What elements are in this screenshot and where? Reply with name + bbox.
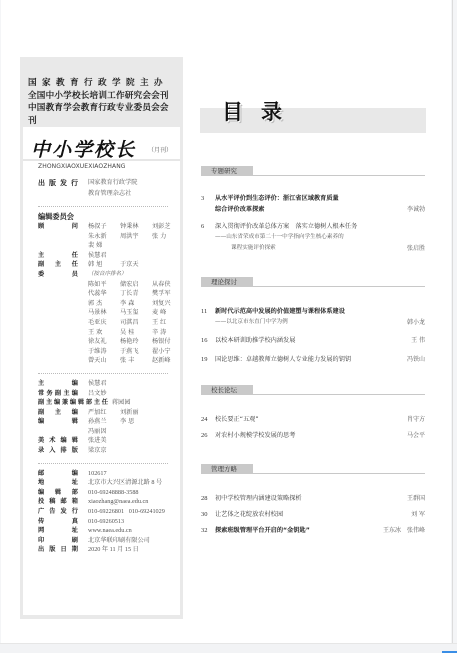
- person-name: 严加红: [88, 408, 120, 418]
- role-label: 主编: [38, 379, 88, 389]
- person-name: 马景林: [88, 308, 120, 318]
- person-name: 曾天山: [88, 356, 120, 366]
- contact-value: 北京华联印刷有限公司: [88, 536, 180, 546]
- page-number: 26: [201, 430, 215, 441]
- person-name: 郭 杰: [88, 299, 120, 309]
- role-label: 副主编: [38, 408, 88, 418]
- toc-section: 理论探讨 11 新时代示范高中发展的价值建塑与课程体系建设 ——以北京市东直门中…: [201, 277, 425, 365]
- article-title: 深入贯彻评价改革总体方案 落实立德树人根本任务: [215, 221, 390, 232]
- page-number: 6: [201, 221, 215, 232]
- article-title: 综合评价改革探索: [215, 204, 390, 215]
- person-name: 杨叔子: [88, 222, 120, 232]
- person-name: 张 丰: [120, 356, 152, 366]
- article-author: 李诚勃: [407, 204, 425, 215]
- section-header: 校长论坛: [201, 385, 425, 395]
- toc-item[interactable]: 6 深入贯彻评价改革总体方案 落实立德树人根本任务 ——山东省荣成市第二十一中学…: [201, 221, 425, 254]
- journal-title: 中小学校长: [31, 139, 136, 161]
- toc-section: 专题研究 3 从水平评价到生态评价：浙江省区域教育质量 综合评价改革探索 李诚勃…: [201, 166, 425, 254]
- email-link[interactable]: xiaozhang@naea.edu.cn: [88, 497, 180, 507]
- page-number: 24: [201, 414, 215, 425]
- page-number: 11: [201, 306, 215, 317]
- article-subtitle: ——以北京市东直门中学为例: [215, 317, 425, 328]
- person-name: 周洪宇: [120, 232, 152, 242]
- advisors-label: 顾问: [38, 222, 88, 251]
- person-name: 侯慧君: [88, 379, 120, 389]
- person-name: 韩 旭: [88, 260, 120, 270]
- toc-item[interactable]: 28 初中学校管理内涵建设策略探析 王群国: [201, 493, 425, 504]
- person-name: 樊孚军: [152, 289, 184, 299]
- toc-item[interactable]: 16 以校本研训助推学校内涵发展 王 伟: [201, 335, 425, 346]
- section-header: 专题研究: [201, 166, 425, 176]
- article-author: 韩小龙: [407, 317, 425, 328]
- person-name: 王 欢: [88, 328, 120, 338]
- person-name: 李 森: [120, 299, 152, 309]
- contact-value: 102617: [88, 469, 180, 479]
- article-author: 王 伟: [411, 335, 425, 346]
- person-name: 于燕飞: [120, 347, 152, 357]
- contact-label: 印刷: [38, 536, 88, 546]
- person-name: 丁长青: [120, 289, 152, 299]
- toc-item[interactable]: 24 校长要正“五观” 肖守方: [201, 414, 425, 425]
- person-name: 从春侠: [152, 280, 184, 290]
- journal-pinyin: ZHONGXIAOXUEXIAOZHANG: [23, 161, 180, 170]
- contact-row: 编辑部 010-69248888-3588: [23, 488, 180, 498]
- publisher-name: 国家教育行政学院: [88, 178, 180, 189]
- person-name: 蒋园园: [112, 399, 131, 406]
- person-name: 吕文妙: [88, 389, 120, 399]
- section-header: 理论探讨: [201, 277, 425, 287]
- person-name: 刘新丽: [120, 408, 152, 418]
- section-label: 理论探讨: [201, 277, 253, 287]
- role-label: 编辑: [38, 417, 88, 436]
- person-name: 代蕊华: [88, 289, 120, 299]
- person-name: 赵新峰: [152, 356, 184, 366]
- article-title: 初中学校管理内涵建设策略探析: [215, 493, 390, 504]
- deputy-director-label: 副主任: [38, 260, 88, 270]
- person-name: 侯慧君: [88, 251, 120, 261]
- role-label: 副主编兼编辑部主任: [38, 398, 112, 408]
- person-name: 梁京京: [88, 446, 120, 456]
- person-name: 张进美: [88, 436, 120, 446]
- person-name: 刘复兴: [152, 299, 184, 309]
- contact-value: 北京市大兴区清源北路 8 号: [88, 478, 180, 488]
- editorial-row: 常务副主编 吕文妙: [23, 389, 180, 399]
- page-number: 28: [201, 493, 215, 504]
- contact-row: 出版日期 2020 年 11 月 15 日: [23, 545, 180, 555]
- sponsor-line: 全国中小学校长培训工作研究会会刊: [28, 90, 177, 103]
- contact-label: 出版日期: [38, 545, 88, 555]
- person-name: 储宏启: [120, 280, 152, 290]
- article-title: 探索班级管理平台开启的“金钥匙”: [215, 525, 390, 536]
- contact-label: 传真: [38, 517, 88, 527]
- article-author: 马会平: [407, 430, 425, 441]
- article-title: 国论思维：卓越教师立德树人专业能力发展的钥钥: [215, 354, 390, 365]
- section-label: 校长论坛: [201, 385, 253, 395]
- contact-label: 地址: [38, 478, 88, 488]
- toc-title: 目录: [222, 96, 300, 126]
- sponsor-block: 国家教育行政学院主办 全国中小学校长培训工作研究会会刊 中国教育学会教育行政专业…: [20, 57, 183, 127]
- members-label: 委员: [38, 270, 88, 366]
- members-grid: 陈如平 储宏启 从春侠 代蕊华 丁长青 樊孚军 郭 杰 李 森 刘复兴 马景林 …: [88, 280, 184, 366]
- contact-label: 邮编: [38, 469, 88, 479]
- editorial-row: 美术编辑 张进美: [23, 436, 180, 446]
- contact-value: 010-69260513: [88, 517, 180, 527]
- masthead-column: 国家教育行政学院主办 全国中小学校长培训工作研究会会刊 中国教育学会教育行政专业…: [20, 57, 183, 619]
- members-row: 委员 （按音序排名） 陈如平 储宏启 从春侠 代蕊华 丁长青 樊孚军 郭 杰 李…: [23, 270, 180, 366]
- contact-value: 010-69248888-3588: [88, 488, 180, 498]
- advisors-row: 顾问 杨叔子 钟秉林 刘彭芝 朱永新 周洪宇 张 力 裴 娣: [23, 222, 180, 251]
- contact-label: 网址: [38, 526, 88, 536]
- person-name: 于京天: [120, 260, 152, 270]
- article-author: 刘 军: [411, 509, 425, 520]
- person-name: 李 思: [120, 417, 152, 427]
- article-author: 王东冰 张伟峰: [383, 525, 425, 536]
- article-author: 王群国: [407, 493, 425, 504]
- person-name: 马玉玺: [120, 308, 152, 318]
- person-name: 麦 峰: [152, 308, 184, 318]
- person-name: 刘彭芝: [152, 222, 184, 232]
- contact-row: 广告发行 010-69226801 010-69241029: [23, 507, 180, 517]
- sponsor-line: 国家教育行政学院主办: [28, 77, 177, 90]
- publisher-label: 出版发行: [38, 178, 88, 199]
- role-label: 录入排版: [38, 446, 88, 456]
- toc-item[interactable]: 19 国论思维：卓越教师立德树人专业能力发展的钥钥 冯铁山: [201, 354, 425, 365]
- deputy-director-row: 副主任 韩 旭 于京天: [23, 260, 180, 270]
- article-subtitle: 课程实施评价探索: [231, 243, 425, 254]
- committee-title: 编辑委员会: [23, 212, 180, 222]
- person-name: 吴 桂: [120, 328, 152, 338]
- sponsor-line: 中国教育学会教育行政专业委员会会刊: [28, 102, 177, 127]
- person-name: 辛 涛: [152, 328, 184, 338]
- editorial-row: 录入排版 梁京京: [23, 446, 180, 456]
- person-name: 毛亚庆: [88, 318, 120, 328]
- publisher-row: 出版发行 国家教育行政学院 教育管理杂志社: [23, 178, 180, 199]
- toc-section: 管理方略 28 初中学校管理内涵建设策略探析 王群国 30 让艺体之花绽放农村校…: [201, 464, 425, 536]
- page-number: 19: [201, 354, 215, 365]
- website-link[interactable]: www.naea.edu.cn: [88, 526, 180, 536]
- journal-logo-row: 中小学校长 （月刊）: [23, 127, 180, 161]
- contact-row: 邮编 102617: [23, 469, 180, 479]
- page-number: 3: [201, 193, 215, 204]
- contact-row: 印刷 北京华联印刷有限公司: [23, 536, 180, 546]
- contact-label: 广告发行: [38, 507, 88, 517]
- article-subtitle: ——山东省荣成市第二十一中学指向学生核心素养的: [215, 232, 425, 243]
- editorial-row: 编辑 孙燕兰 李 思 冯丽因: [23, 417, 180, 436]
- page-number: 30: [201, 509, 215, 520]
- person-name: 冯丽因: [88, 427, 120, 437]
- section-label: 管理方略: [201, 464, 253, 474]
- article-author: 冯铁山: [407, 354, 425, 365]
- article-title: 以校本研训助推学校内涵发展: [215, 335, 390, 346]
- toc-item[interactable]: 32 探索班级管理平台开启的“金钥匙” 王东冰 张伟峰: [201, 525, 425, 536]
- divider: [38, 206, 168, 207]
- person-name: 张 力: [152, 232, 184, 242]
- article-author: 张启胜: [407, 243, 425, 254]
- article-title: 对农村小规模学校发展的思考: [215, 430, 390, 441]
- toc-item[interactable]: 3 从水平评价到生态评价：浙江省区域教育质量 综合评价改革探索 李诚勃: [201, 193, 425, 215]
- page-number: 32: [201, 525, 215, 536]
- person-name: 王 红: [152, 318, 184, 328]
- person-name: 翟小宁: [152, 347, 184, 357]
- role-label: 常务副主编: [38, 389, 88, 399]
- contact-row: 投稿邮箱 xiaozhang@naea.edu.cn: [23, 497, 180, 507]
- role-label: 美术编辑: [38, 436, 88, 446]
- page-edge: [452, 0, 453, 645]
- person-name: 徐友礼: [88, 337, 120, 347]
- article-title: 让艺体之花绽放农村校园: [215, 509, 390, 520]
- contact-row: 网址 www.naea.edu.cn: [23, 526, 180, 536]
- toc-item[interactable]: 11 新时代示范高中发展的价值建塑与课程体系建设 ——以北京市东直门中学为例 韩…: [201, 306, 425, 328]
- toc-item[interactable]: 30 让艺体之花绽放农村校园 刘 军: [201, 509, 425, 520]
- person-name: 孙燕兰: [88, 417, 120, 427]
- director-label: 主任: [38, 251, 88, 261]
- person-name: 朱永新: [88, 232, 120, 242]
- director-row: 主任 侯慧君: [23, 251, 180, 261]
- person-name: 钟秉林: [120, 222, 152, 232]
- divider: [38, 373, 168, 374]
- person-name: 于维涛: [88, 347, 120, 357]
- contact-label: 编辑部: [38, 488, 88, 498]
- person-name: 司淇昌: [120, 318, 152, 328]
- contact-value: 010-69226801 010-69241029: [88, 507, 180, 517]
- publish-date: 2020 年 11 月 15 日: [88, 545, 180, 555]
- masthead-card: 中小学校长 （月刊） ZHONGXIAOXUEXIAOZHANG 出版发行 国家…: [23, 127, 180, 615]
- editorial-row: 副主编兼编辑部主任 蒋园园: [23, 398, 180, 408]
- page-number: 16: [201, 335, 215, 346]
- journal-frequency: （月刊）: [148, 145, 172, 154]
- contact-label: 投稿邮箱: [38, 497, 88, 507]
- divider: [38, 463, 168, 464]
- toc-section: 校长论坛 24 校长要正“五观” 肖守方 26 对农村小规模学校发展的思考 马会…: [201, 385, 425, 441]
- editorial-row: 副主编 严加红 刘新丽: [23, 408, 180, 418]
- person-name: 陈如平: [88, 280, 120, 290]
- person-name: 裴 娣: [88, 241, 120, 251]
- toc-item[interactable]: 26 对农村小规模学校发展的思考 马会平: [201, 430, 425, 441]
- editorial-row: 主编 侯慧君: [23, 379, 180, 389]
- section-header: 管理方略: [201, 464, 425, 474]
- contact-row: 地址 北京市大兴区清源北路 8 号: [23, 478, 180, 488]
- viewer-bottom-bar: [0, 643, 457, 653]
- section-label: 专题研究: [201, 166, 253, 176]
- article-title: 从水平评价到生态评价：浙江省区域教育质量: [215, 193, 390, 204]
- person-name: 杨银付: [152, 337, 184, 347]
- publisher-name: 教育管理杂志社: [88, 189, 180, 200]
- article-author: 肖守方: [407, 414, 425, 425]
- article-title: 新时代示范高中发展的价值建塑与课程体系建设: [215, 306, 390, 317]
- members-note: （按音序排名）: [88, 270, 184, 280]
- person-name: 杨艳玲: [120, 337, 152, 347]
- contact-row: 传真 010-69260513: [23, 517, 180, 527]
- article-title: 校长要正“五观”: [215, 414, 390, 425]
